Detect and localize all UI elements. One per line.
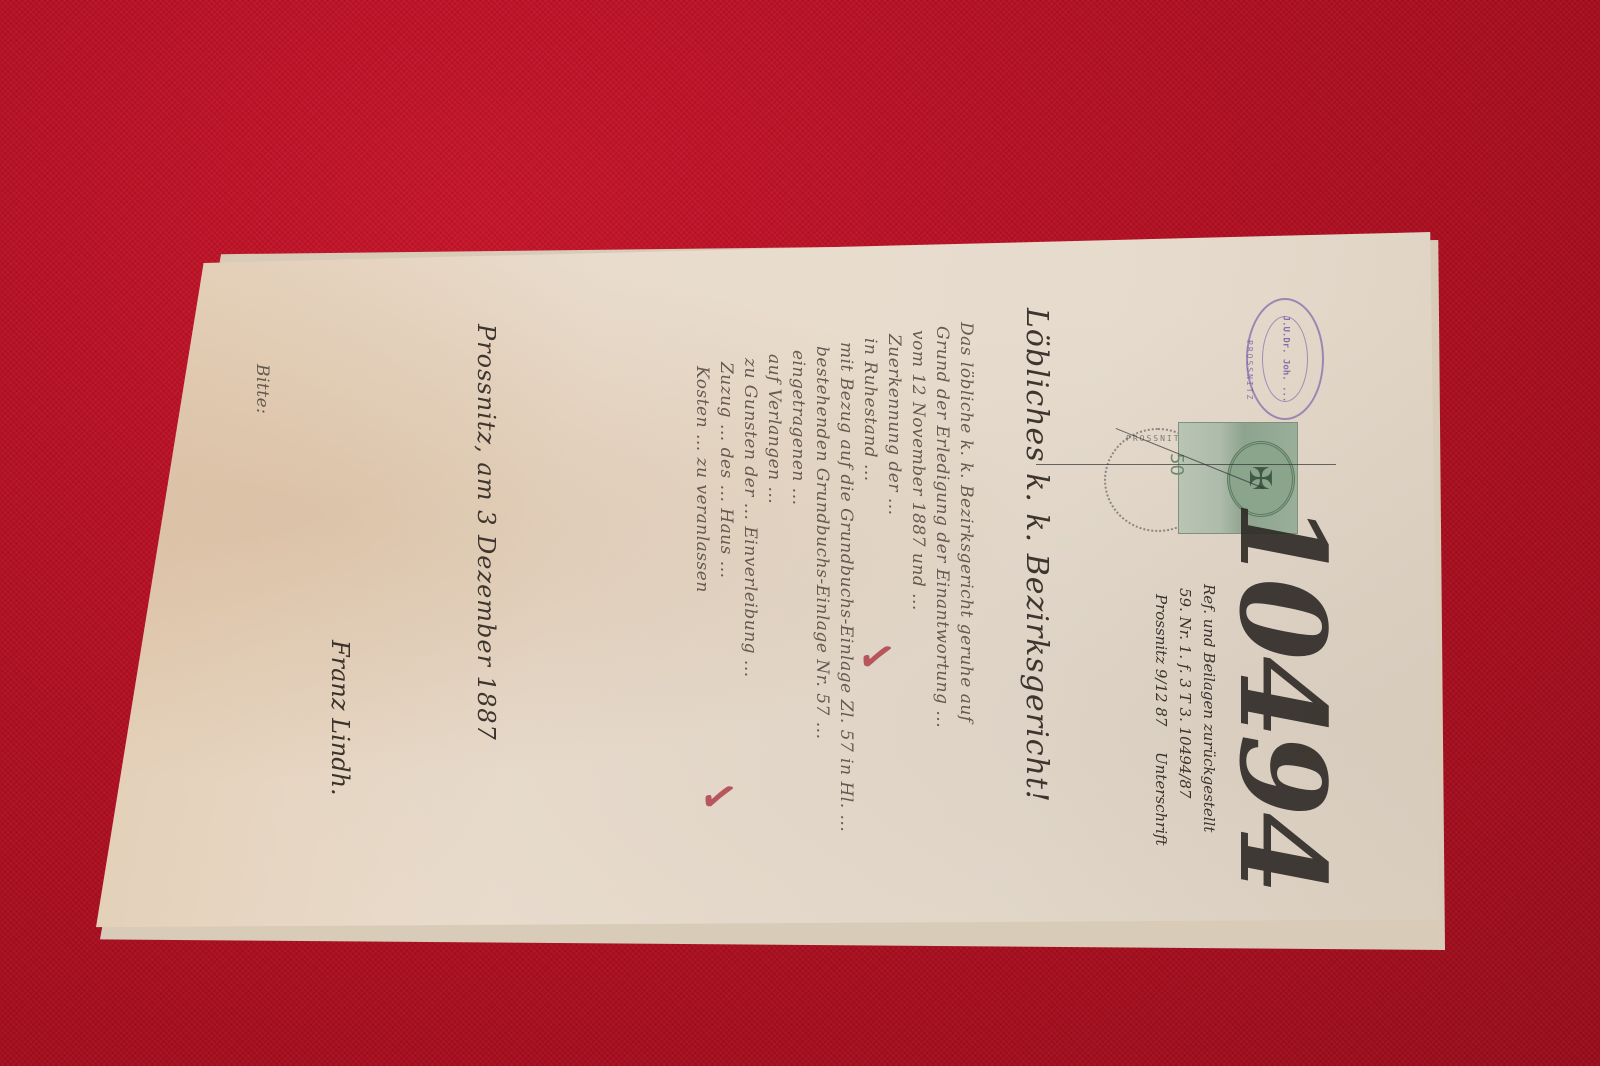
body-line: vom 12 November 1887 und ... <box>908 330 928 611</box>
body-line: zu Gunsten der ... Einverleibung ... <box>740 358 760 678</box>
body-line: in Ruhestand ... <box>860 338 880 482</box>
document-sheet: J.U.Dr. Joh. ... PROSSNITZ PROSSNITZ 50 … <box>96 232 1441 937</box>
body-line: eingetragenen ... <box>788 350 808 506</box>
cancellation-line <box>1036 464 1336 465</box>
official-note-line: Ref. und Beilagen zurückgestellt <box>1200 584 1218 832</box>
body-line: Zuerkennung der ... <box>884 334 904 516</box>
body-line: Kosten ... zu veranlassen <box>692 366 712 593</box>
body-line: mit Bezug auf die Grundbuchs-Einlage Zl.… <box>836 342 856 832</box>
file-number: 10494 <box>1213 500 1352 891</box>
oval-stamp-inner-ring: J.U.Dr. Joh. ... <box>1262 316 1308 402</box>
margin-note: Bitte: <box>252 364 272 414</box>
red-check-mark-icon: ✓ <box>852 628 901 687</box>
body-line: Zuzug ... des ... Haus ... <box>716 362 736 579</box>
document-content: J.U.Dr. Joh. ... PROSSNITZ PROSSNITZ 50 … <box>96 232 1441 937</box>
body-line: bestehenden Grundbuchs-Einlage Nr. 57 ..… <box>812 346 832 739</box>
body-line: Grund der Erledigung der Einantwortung .… <box>932 326 952 728</box>
place-date: Prossnitz, am 3 Dezember 1887 <box>472 324 500 741</box>
body-line: auf Verlangen ... <box>764 354 784 504</box>
addressee-heading: Löbliches k. k. Bezirksgericht! <box>1019 308 1054 803</box>
official-note-line: 59. Nr. 1. f. 3 T 3. 10494/87 <box>1176 588 1194 798</box>
lawyer-oval-stamp: J.U.Dr. Joh. ... PROSSNITZ <box>1246 298 1324 420</box>
red-check-mark-icon: ✓ <box>694 768 743 827</box>
signature: Franz Lindh. <box>326 640 354 796</box>
oval-stamp-outer-text: PROSSNITZ <box>1245 340 1254 401</box>
oval-stamp-inner-text: J.U.Dr. Joh. ... <box>1280 316 1290 403</box>
official-signature: Unterschrift <box>1152 752 1170 846</box>
body-line: Das löbliche k. k. Bezirksgericht geruhe… <box>956 322 976 723</box>
official-note-line: Prossnitz 9/12 87 <box>1152 594 1170 726</box>
